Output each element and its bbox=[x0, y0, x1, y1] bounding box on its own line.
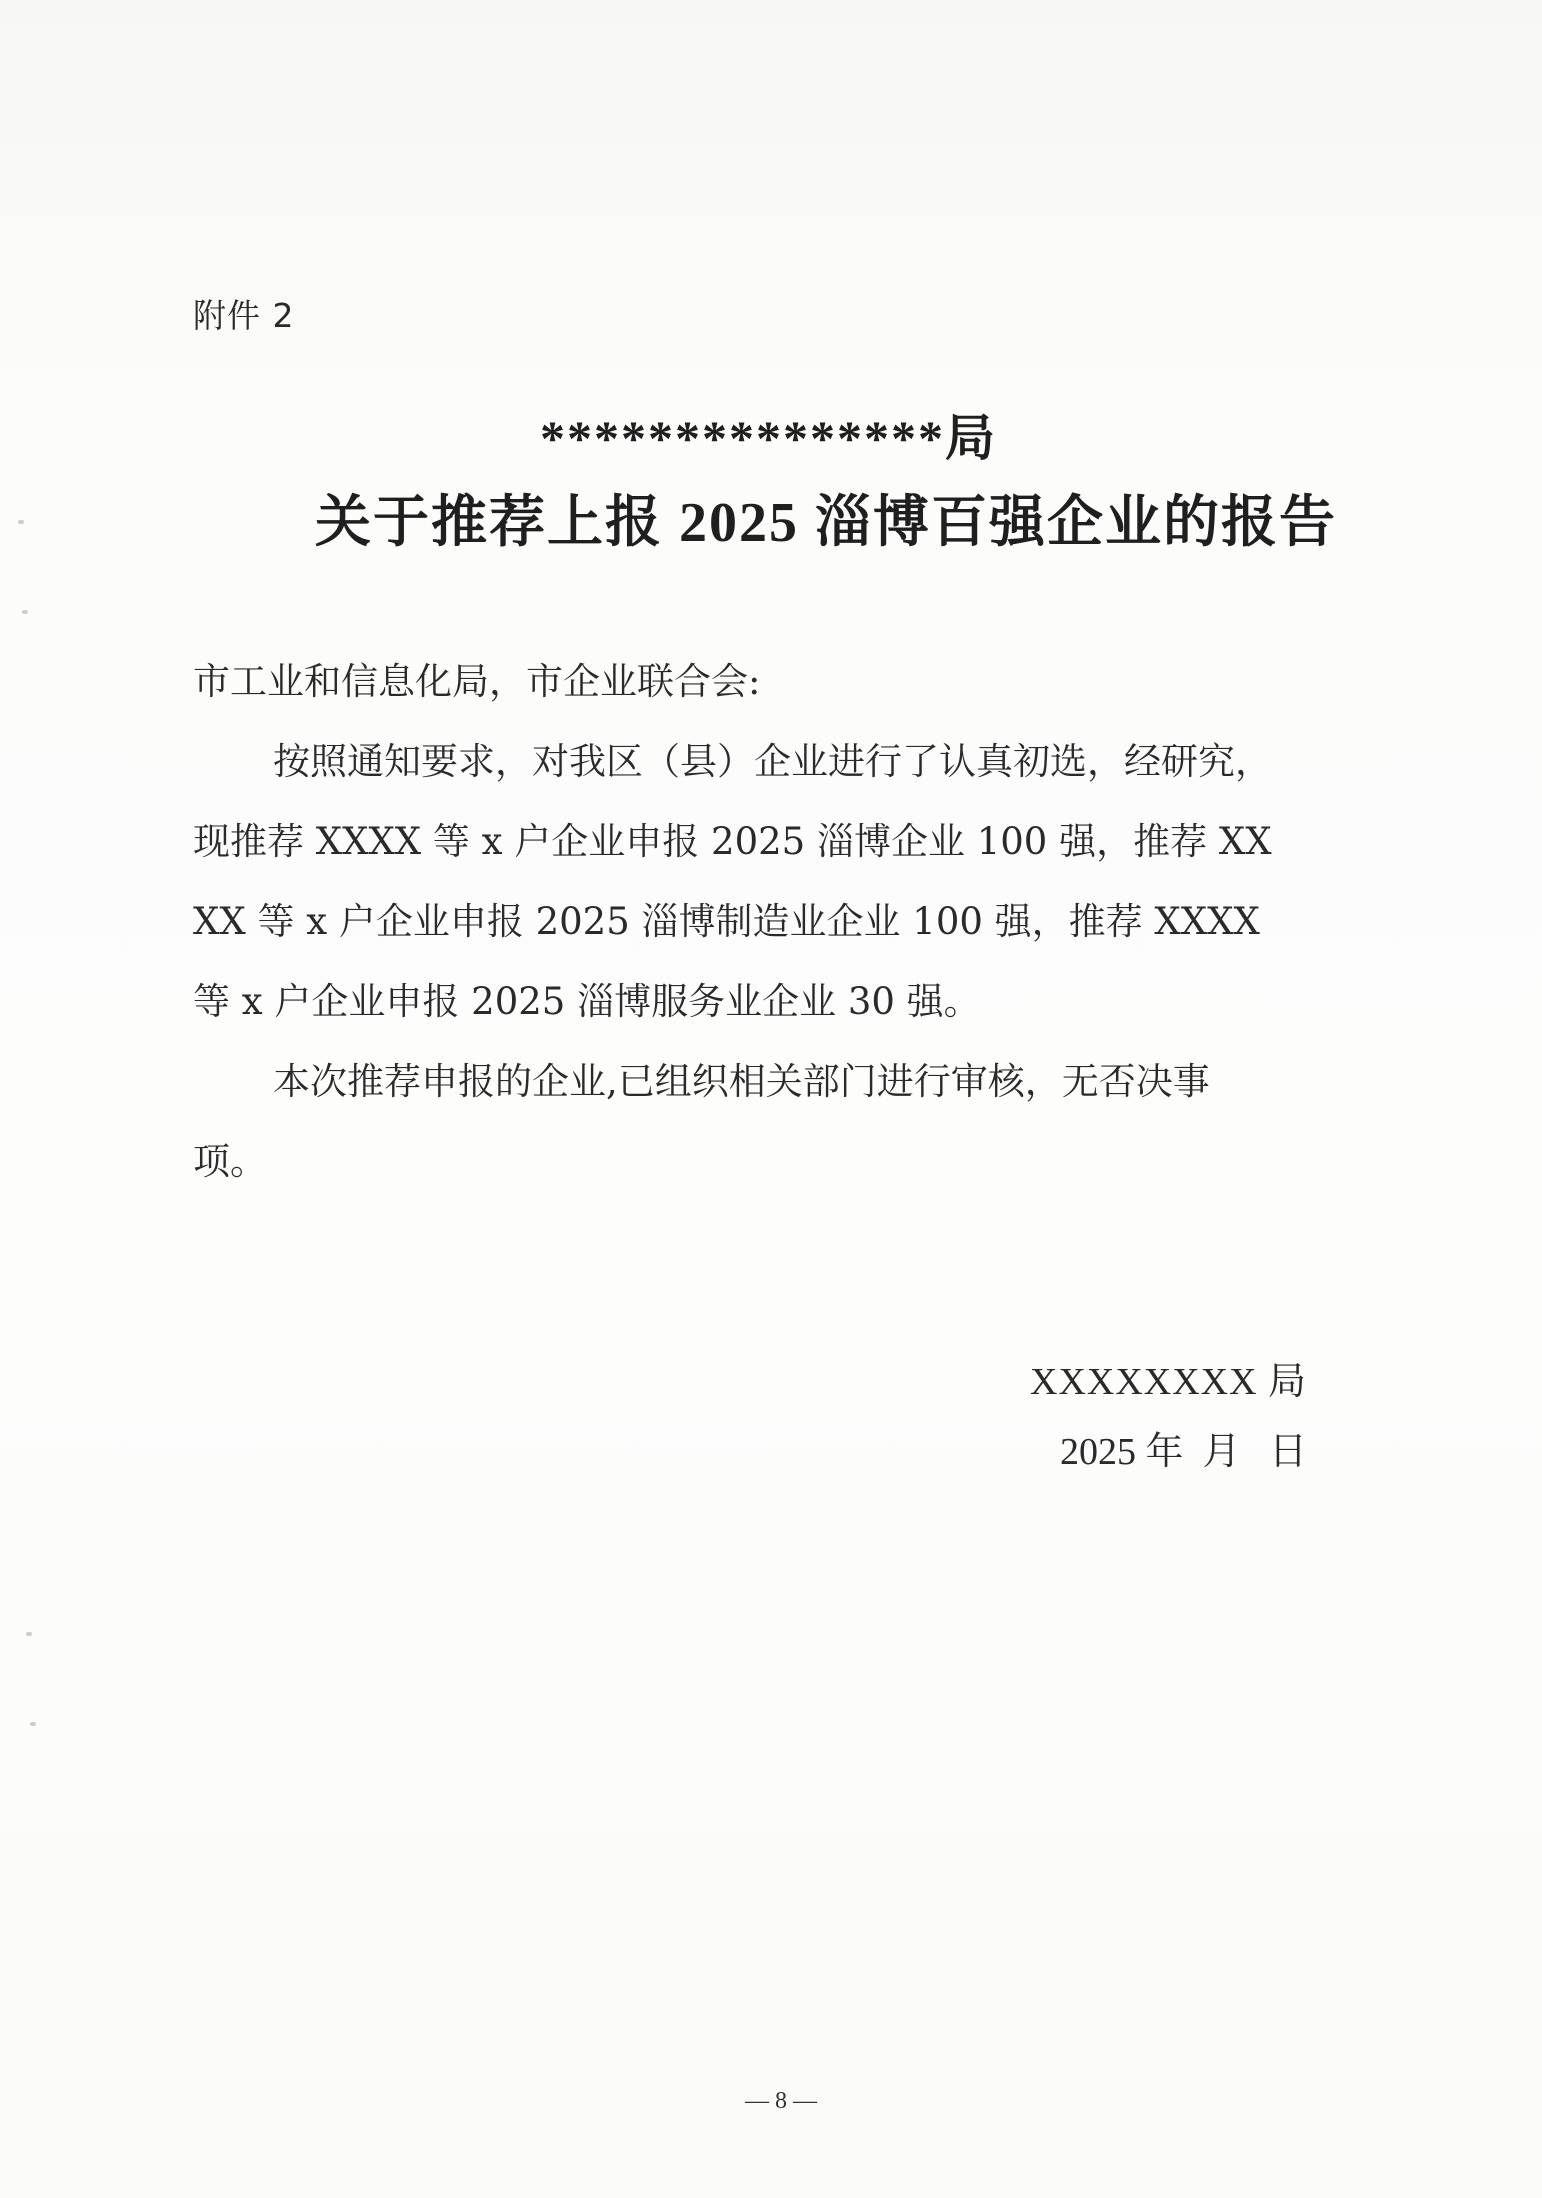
title-issuer: ***************局 bbox=[540, 398, 997, 470]
scan-speck bbox=[18, 520, 24, 524]
paragraph-line: 按照通知要求，对我区（县）企业进行了认真初选，经研究， bbox=[193, 722, 1358, 802]
signature-organization: XXXXXXXX 局 bbox=[1030, 1350, 1307, 1405]
page-number: — 8 — bbox=[745, 2088, 817, 2115]
paragraph-review: 本次推荐申报的企业,已组织相关部门进行审核，无否决事 项。 bbox=[193, 1042, 1358, 1202]
scan-speck bbox=[26, 1632, 32, 1636]
salutation: 市工业和信息化局，市企业联合会: bbox=[193, 642, 1358, 722]
scan-speck bbox=[22, 610, 28, 614]
signature-date: 2025 年 月 日 bbox=[1060, 1420, 1307, 1475]
paragraph-line: 现推荐 XXXX 等 x 户企业申报 2025 淄博企业 100 强，推荐 XX bbox=[193, 802, 1358, 882]
paragraph-line: XX 等 x 户企业申报 2025 淄博制造业企业 100 强，推荐 XXXX bbox=[193, 882, 1358, 962]
scan-speck bbox=[30, 1722, 36, 1726]
attachment-label: 附件 2 bbox=[193, 290, 295, 337]
paragraph-recommendation: 按照通知要求，对我区（县）企业进行了认真初选，经研究， 现推荐 XXXX 等 x… bbox=[193, 722, 1358, 1042]
paragraph-line: 本次推荐申报的企业,已组织相关部门进行审核，无否决事 bbox=[193, 1042, 1358, 1122]
paragraph-line: 等 x 户企业申报 2025 淄博服务业企业 30 强。 bbox=[193, 962, 1358, 1042]
paragraph-line: 项。 bbox=[193, 1122, 1358, 1202]
document-page: 附件 2 ***************局 关于推荐上报 2025 淄博百强企业… bbox=[0, 0, 1542, 2198]
page-title: 关于推荐上报 2025 淄博百强企业的报告 bbox=[315, 478, 1337, 558]
